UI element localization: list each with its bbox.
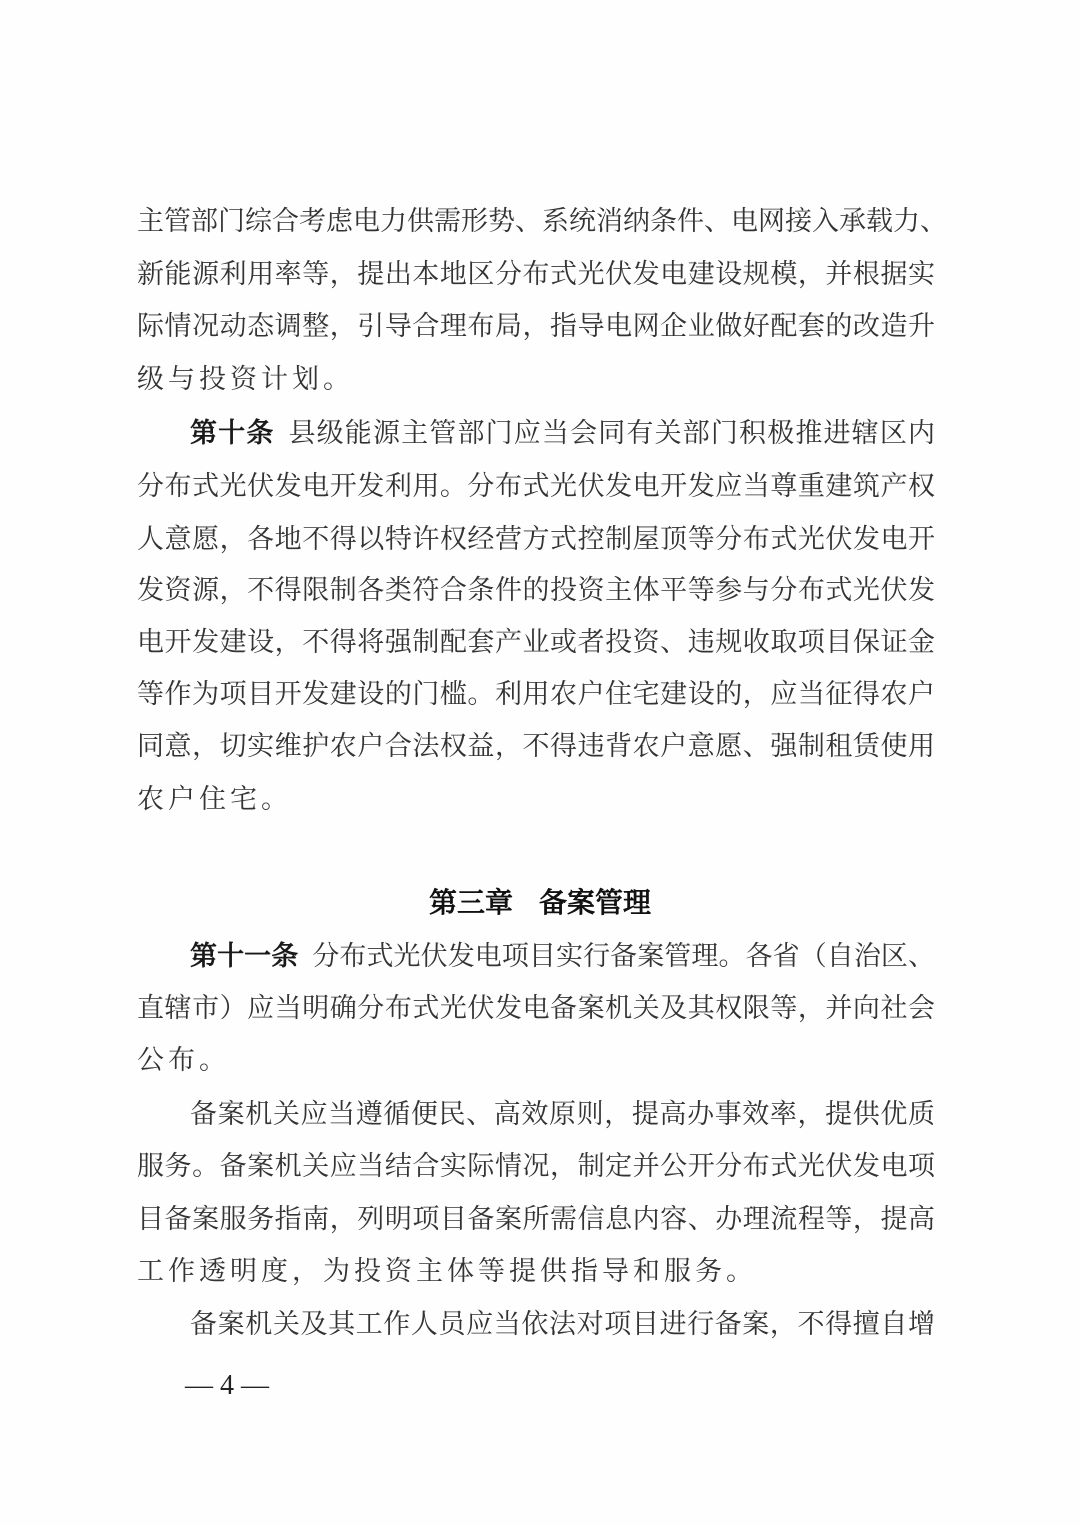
paragraph-line: 农户住宅。 [137,780,935,820]
paragraph-line: 新能源利用率等，提出本地区分布式光伏发电建设规模，并根据实 [137,255,935,295]
paragraph-line: 电开发建设，不得将强制配套产业或者投资、违规收取项目保证金 [137,623,935,663]
chapter-heading: 第三章备案管理 [0,883,1080,923]
chapter-number: 第三章 [429,886,513,919]
article-11-first-line: 第十一条分布式光伏发电项目实行备案管理。各省（自治区、 [190,937,935,977]
paragraph-line: 服务。备案机关应当结合实际情况，制定并公开分布式光伏发电项 [137,1147,935,1187]
paragraph-first-line: 备案机关及其工作人员应当依法对项目进行备案，不得擅自增 [190,1305,935,1345]
paragraph-line: 主管部门综合考虑电力供需形势、系统消纳条件、电网接入承载力、 [137,202,935,242]
paragraph-line: 同意，切实维护农户合法权益，不得违背农户意愿、强制租赁使用 [137,727,935,767]
article-number: 第十一条 [190,941,298,972]
paragraph-line: 公布。 [137,1041,935,1081]
article-number: 第十条 [190,418,274,449]
paragraph-line: 发资源，不得限制各类符合条件的投资主体平等参与分布式光伏发 [137,571,935,611]
paragraph-line: 级与投资计划。 [137,360,935,400]
paragraph-line: 分布式光伏发电开发利用。分布式光伏发电开发应当尊重建筑产权 [137,467,935,507]
article-10-first-line: 第十条县级能源主管部门应当会同有关部门积极推进辖区内 [190,414,935,454]
paragraph-line: 人意愿，各地不得以特许权经营方式控制屋顶等分布式光伏发电开 [137,520,935,560]
paragraph-line: 目备案服务指南，列明项目备案所需信息内容、办理流程等，提高 [137,1200,935,1240]
page-number: — 4 — [185,1368,269,1404]
paragraph-line: 工作透明度，为投资主体等提供指导和服务。 [137,1252,935,1292]
article-text: 分布式光伏发电项目实行备案管理。各省（自治区、 [312,941,935,972]
paragraph-line: 直辖市）应当明确分布式光伏发电备案机关及其权限等，并向社会 [137,989,935,1029]
paragraph-line: 等作为项目开发建设的门槛。利用农户住宅建设的，应当征得农户 [137,675,935,715]
document-page: 主管部门综合考虑电力供需形势、系统消纳条件、电网接入承载力、 新能源利用率等，提… [0,0,1080,1526]
paragraph-line: 际情况动态调整，引导合理布局，指导电网企业做好配套的改造升 [137,307,935,347]
chapter-title: 备案管理 [539,886,651,919]
paragraph-first-line: 备案机关应当遵循便民、高效原则，提高办事效率，提供优质 [190,1095,935,1135]
article-text: 县级能源主管部门应当会同有关部门积极推进辖区内 [288,418,935,449]
